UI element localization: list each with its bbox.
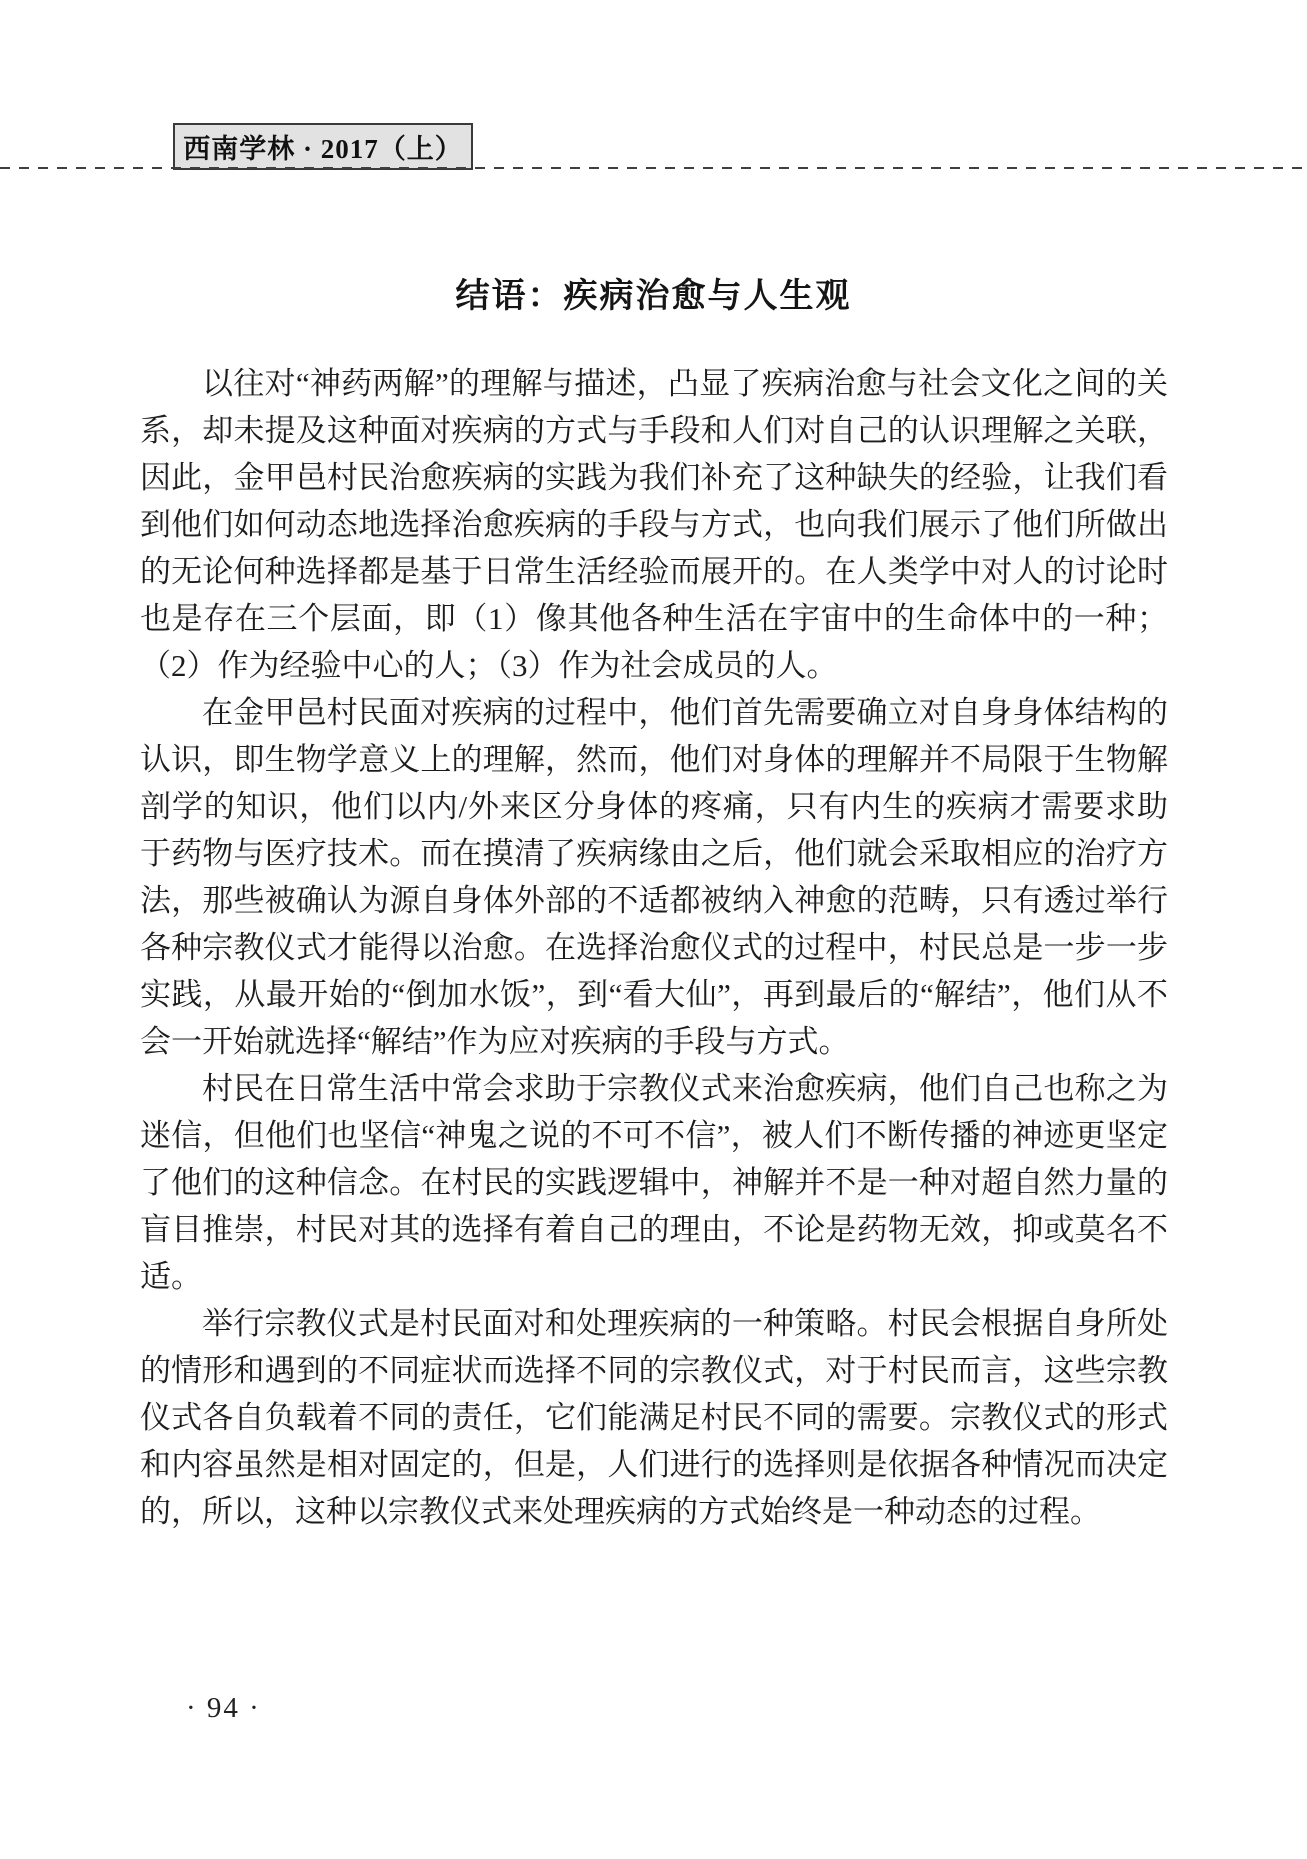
header-dashed-rule [0,167,1307,169]
paragraph-4: 举行宗教仪式是村民面对和处理疾病的一种策略。村民会根据自身所处的情形和遇到的不同… [140,1300,1168,1535]
paragraph-1: 以往对“神药两解”的理解与描述，凸显了疾病治愈与社会文化之间的关系，却未提及这种… [140,360,1168,689]
journal-title-label: 西南学林 · 2017（上） [183,127,463,166]
paragraph-2: 在金甲邑村民面对疾病的过程中，他们首先需要确立对自身身体结构的认识，即生物学意义… [140,689,1168,1065]
section-title: 结语：疾病治愈与人生观 [0,268,1307,317]
journal-header-box: 西南学林 · 2017（上） [173,123,473,170]
paragraph-3: 村民在日常生活中常会求助于宗教仪式来治愈疾病，他们自己也称之为迷信，但他们也坚信… [140,1065,1168,1300]
page-number: · 94 · [186,1692,261,1725]
body-text-block: 以往对“神药两解”的理解与描述，凸显了疾病治愈与社会文化之间的关系，却未提及这种… [140,360,1168,1535]
document-page: 西南学林 · 2017（上） 结语：疾病治愈与人生观 以往对“神药两解”的理解与… [0,0,1307,1859]
